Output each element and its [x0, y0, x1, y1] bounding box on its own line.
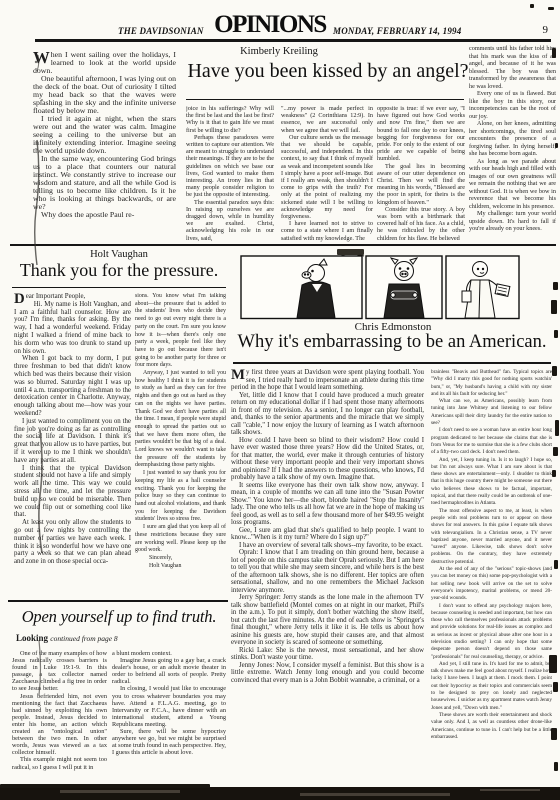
american-column-2: brainless "Beavis and Butthead" fan. Typ…: [431, 369, 552, 781]
paragraph: Imagine Jesus going to a gay bar, a crac…: [112, 657, 226, 685]
angel-column-2: joice in his sufferings? Why will the fi…: [186, 105, 274, 242]
paragraph: brainless "Beavis and Butthead" fan. Typ…: [431, 369, 552, 398]
paragraph: Ricki Lake: She is the newest, most sens…: [231, 647, 424, 662]
bar-edge: [0, 784, 210, 788]
paragraph: sions. You know what I'm talking about—t…: [135, 293, 226, 370]
scan-speck: [553, 282, 558, 290]
headline-rule: [186, 99, 464, 100]
paragraph: I tried it again at night, when the star…: [33, 115, 176, 155]
scan-speck: [549, 655, 557, 673]
paragraph: As long as we parade about with our head…: [469, 158, 556, 211]
scan-speck: [551, 728, 557, 740]
paragraph: opposite is true: if we ever say, "I hav…: [377, 105, 465, 163]
angel-column-4: opposite is true: if we ever say, "I hav…: [377, 105, 465, 242]
paragraph: When I went sailing over the holidays, I…: [33, 51, 176, 75]
scan-speck: [552, 366, 557, 376]
paragraph: And yet, I still tune in. It's hard for …: [431, 661, 552, 712]
scan-speck: [553, 682, 558, 692]
paragraph: One of the many examples of how Jesus ra…: [12, 650, 107, 693]
paragraph: I don't want to offend any psychology ma…: [431, 603, 552, 661]
paragraph: comments until his father told him that …: [469, 45, 556, 90]
headline-american: Why it's embarrassing to be an American.: [230, 332, 554, 353]
scan-artifact-bottom-bar: [0, 787, 560, 800]
scan-speck: [552, 48, 556, 58]
paragraph: joice in his sufferings? Why will the fi…: [186, 105, 274, 134]
scan-speck: [530, 4, 534, 8]
american-column-1: My first three years at Davidson were sp…: [231, 369, 424, 787]
paragraph: Oprah: I know that I am treading on thin…: [231, 549, 424, 594]
scan-speck: [551, 300, 557, 314]
paragraph: a blunt modern context.: [112, 650, 226, 657]
paragraph: Sure, there will be some hypocrisy anywh…: [112, 728, 226, 756]
paragraph: At the end of any of the "serious" topic…: [431, 566, 552, 602]
paragraph: Jesus befriended him, not even mentionin…: [12, 693, 107, 757]
paragraph: "...my power is made perfect in weakness…: [281, 105, 373, 134]
section-divider: [10, 244, 556, 246]
scan-speck: [554, 560, 558, 569]
paragraph: I have learned not to strive to come to …: [281, 220, 373, 242]
paragraph: I sure am glad that you keep all of thes…: [135, 524, 226, 555]
headline-rule: [233, 362, 551, 364]
paragraph: Gee, I sure am glad that she's qualified…: [231, 527, 424, 542]
paragraph: Consider this true story. A boy was born…: [377, 206, 465, 242]
paragraph: Yet, little did I know that I could have…: [231, 392, 424, 437]
newspaper-page: THE DAVIDSONIAN OPINIONS MONDAY, FEBRUAR…: [0, 0, 560, 800]
paragraph: I have an overview of several talk shows…: [231, 542, 424, 550]
paragraph: In the same way, encountering God brings…: [33, 155, 176, 211]
scan-speck: [554, 762, 558, 771]
continued-note: continued from page 8: [50, 634, 117, 643]
bar-streak: [480, 789, 540, 791]
scan-speck: [552, 470, 556, 477]
paragraph: Jerry Springer: Jerry stands as the lone…: [231, 594, 424, 647]
editorial-cartoon: [240, 247, 520, 320]
truth-column-2: a blunt modern context. Imagine Jesus go…: [112, 650, 226, 778]
paragraph: I just wanted to say thank you for keepi…: [135, 470, 226, 524]
section-title: OPINIONS: [212, 11, 328, 39]
paragraph: How could I have been so blind to their …: [231, 437, 424, 482]
angel-column-5: comments until his father told him that …: [469, 45, 556, 243]
paragraph: What can we, as Americans, possibly lear…: [431, 398, 552, 427]
masthead-rule: [35, 39, 551, 42]
pressure-column-2: sions. You know what I'm talking about—t…: [135, 293, 226, 595]
paragraph: Every one of us is flawed. But like the …: [469, 90, 556, 120]
scan-speck: [553, 447, 558, 456]
scan-speck: [548, 7, 554, 10]
scan-speck: [555, 420, 559, 436]
byline-kimberly-kreiling: Kimberly Kreiling: [186, 46, 372, 57]
paragraph: Jenny Jones: Now, I consider myself a fe…: [231, 662, 424, 685]
scan-speck: [554, 330, 558, 338]
angel-column-1: When I went sailing over the holidays, I…: [33, 51, 176, 243]
paragraph: My challenge: turn your world upside dow…: [469, 210, 556, 233]
headline-angel: Have you been kissed by an angel?: [183, 60, 473, 83]
closing-salutation: Sincerely,: [135, 555, 226, 563]
paragraph: In closing, I would just like to encoura…: [112, 685, 226, 728]
paragraph: This example might not seem too radical,…: [12, 756, 107, 770]
scan-artifacts-left-margin: [28, 40, 50, 780]
angel-column-3: "...my power is made perfect in weakness…: [281, 105, 373, 242]
paragraph: And, yet, I keep tuning in. Is it to lau…: [431, 457, 552, 508]
paragraph: Perhaps these paradoxes were written to …: [186, 134, 274, 199]
paragraph: Alone, on her knees, admitting her short…: [469, 120, 556, 158]
paragraph: Anyway, I just wanted to tell you how he…: [135, 370, 226, 470]
signature-name: Holt Vaughan: [135, 563, 226, 571]
paper-name: THE DAVIDSONIAN: [118, 26, 218, 36]
paragraph: It seems like everyone has their own tal…: [231, 482, 424, 527]
paragraph: The essential paradox says this: In rais…: [186, 199, 274, 242]
truth-column-1: One of the many examples of how Jesus ra…: [12, 650, 107, 778]
bar-streak: [300, 793, 450, 796]
paragraph: I don't need to see a woman have an enti…: [431, 427, 552, 456]
paragraph: The goal lies in becoming aware of our u…: [377, 163, 465, 206]
paragraph: These shows are worth their entertainmen…: [431, 712, 552, 741]
scan-speck: [555, 143, 558, 148]
paragraph: Our culture sends us the message that we…: [281, 134, 373, 220]
page-number: 9: [528, 24, 548, 36]
paragraph: My first three years at Davidson were sp…: [231, 369, 424, 392]
paragraph: One beautiful afternoon, I was lying out…: [33, 75, 176, 115]
paragraph: The most offensive aspect to me, at leas…: [431, 508, 552, 566]
paragraph: Why does the apostle Paul re-: [33, 211, 176, 219]
issue-date: MONDAY, FEBRUARY 14, 1994: [333, 26, 473, 36]
bar-streak: [60, 790, 180, 793]
